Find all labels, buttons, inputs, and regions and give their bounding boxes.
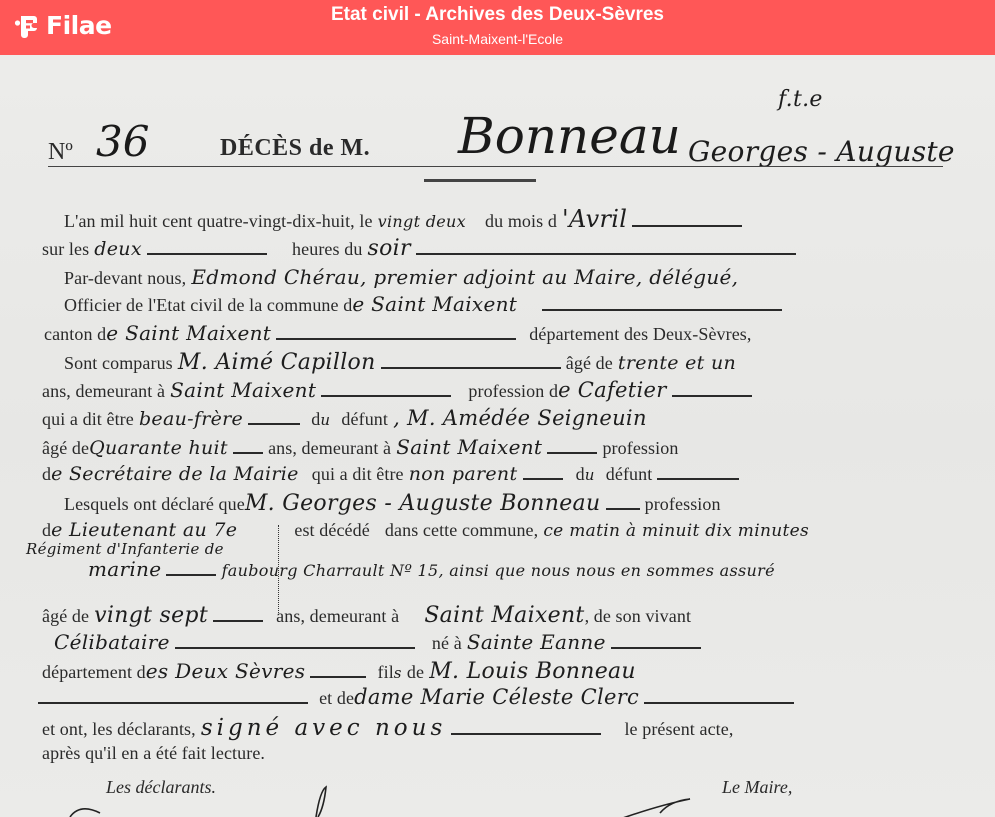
- act-number: 36: [96, 117, 149, 166]
- heading-underline: [48, 166, 943, 167]
- insertion-bracket: [278, 525, 288, 615]
- doc-line-7: ans, demeurant à Saint Maixent professio…: [42, 378, 752, 402]
- doc-line-9: âgé deQuarante huit ans, demeurant à Sai…: [42, 435, 678, 459]
- document-scan-viewer[interactable]: Nº 36 DÉCÈS de M. Bonneau Georges - Augu…: [0, 55, 995, 817]
- no-label: Nº: [48, 139, 73, 166]
- deces-label: DÉCÈS de M.: [220, 135, 370, 162]
- doc-line-12: de Lieutenant au 7e est décédé dans cett…: [42, 519, 809, 541]
- signature-strokes: [0, 785, 995, 817]
- doc-line-4: Officier de l'Etat civil de la commune d…: [64, 292, 782, 316]
- doc-line-13: marine faubourg Charrault Nº 15, ainsi q…: [88, 557, 775, 581]
- doc-line-10: de Secrétaire de la Mairie qui a dit êtr…: [42, 463, 739, 485]
- deceased-surname: Bonneau: [458, 107, 681, 165]
- doc-line-11: Lesquels ont déclaré queM. Georges - Aug…: [64, 491, 721, 516]
- page-subtitle: Saint-Maixent-l'Ecole: [0, 29, 995, 49]
- doc-line-3: Par-devant nous, Edmond Chérau, premier …: [64, 265, 738, 289]
- doc-line-6: Sont comparus M. Aimé Capillon âgé de tr…: [64, 350, 736, 375]
- doc-line-17: et dedame Marie Céleste Clerc: [38, 685, 794, 709]
- doc-line-19: après qu'il en a été fait lecture.: [42, 743, 265, 764]
- doc-line-13-margin: Régiment d'Infanterie de: [26, 539, 224, 558]
- margin-annotation: f.t.e: [778, 87, 823, 112]
- deceased-given-names: Georges - Auguste: [688, 135, 955, 168]
- header-title-block: Etat civil - Archives des Deux-Sèvres Sa…: [0, 4, 995, 49]
- doc-line-8: qui a dit être beau-frère du défunt , M.…: [42, 406, 647, 430]
- doc-line-1: L'an mil huit cent quatre-vingt-dix-huit…: [64, 205, 742, 233]
- doc-line-2: sur les deux heures du soir: [42, 236, 796, 261]
- doc-line-15: Célibataire né à Sainte Eanne: [54, 630, 701, 654]
- page-title: Etat civil - Archives des Deux-Sèvres: [0, 4, 995, 26]
- doc-line-14: âgé de vingt sept ans, demeurant à Saint…: [42, 603, 691, 628]
- app-header: Filae Etat civil - Archives des Deux-Sèv…: [0, 0, 995, 55]
- doc-line-18: et ont, les déclarants, signé avec nous …: [42, 715, 733, 741]
- heading-short-rule: [424, 179, 536, 182]
- doc-line-16: département des Deux Sèvres fils de M. L…: [42, 659, 636, 684]
- doc-line-5: canton de Saint Maixent département des …: [44, 321, 752, 345]
